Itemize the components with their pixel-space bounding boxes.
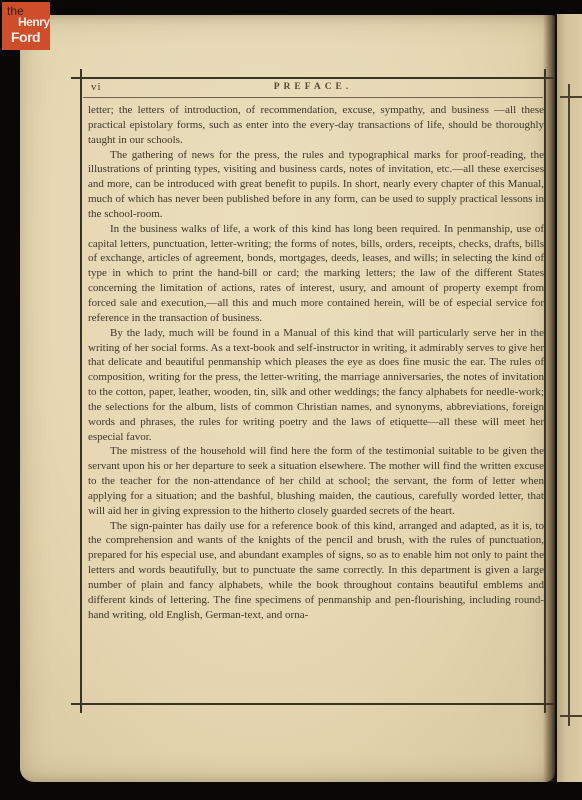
next-page-border-rule [568, 84, 570, 726]
logo-word-henry: Henry [18, 15, 50, 29]
page-frame-bottom-rule [71, 703, 554, 705]
the-henry-ford-logo: the Henry Ford [2, 2, 50, 50]
page-frame-right-rule [544, 69, 546, 713]
paragraph: The mistress of the household will find … [88, 444, 544, 518]
page-frame-top-rule [71, 77, 554, 79]
paragraph: By the lady, much will be found in a Man… [88, 326, 544, 445]
next-page-edge [557, 14, 582, 782]
paragraph: The sign-painter has daily use for a ref… [88, 519, 544, 623]
running-head-rule [83, 97, 543, 98]
paragraph: In the business walks of life, a work of… [88, 222, 544, 326]
page-text-block: letter; the letters of introduction, of … [88, 103, 544, 623]
next-page-top-tick [560, 96, 582, 98]
scan-viewer: vi PREFACE. letter; the letters of intro… [0, 0, 582, 800]
running-head-title: PREFACE. [82, 82, 544, 92]
next-page-bottom-tick [560, 715, 582, 717]
logo-word-ford: Ford [11, 29, 40, 45]
page-frame-left-rule [80, 69, 82, 713]
paragraph: The gathering of news for the press, the… [88, 148, 544, 222]
paragraph: letter; the letters of introduction, of … [88, 103, 544, 148]
